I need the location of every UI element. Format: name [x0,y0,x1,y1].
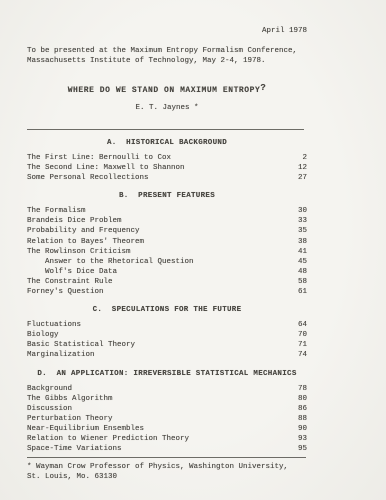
toc-entry: The Gibbs Algorithm80 [27,394,307,404]
toc-entry: The First Line: Bernoulli to Cox2 [27,153,307,163]
toc-entry: Answer to the Rhetorical Question45 [27,257,307,267]
toc-entry-page: 90 [289,424,307,434]
scanned-document-page: April 1978 To be presented at the Maximu… [0,0,386,500]
paper-title: WHERE DO WE STAND ON MAXIMUM ENTROPY? [27,85,307,96]
toc-entry-label: Some Personal Recollections [27,173,149,183]
toc-entry-page: 86 [289,404,307,414]
toc-entry-page: 48 [289,267,307,277]
toc-entry-page: 45 [289,257,307,267]
toc-entry: Background78 [27,384,307,394]
toc-entry-page: 71 [289,340,307,350]
toc-entry: Relation to Wiener Prediction Theory93 [27,434,307,444]
toc-entry: Near-Equilibrium Ensembles90 [27,424,307,434]
toc-entry: Marginalization74 [27,350,307,360]
toc-entry: Wolf's Dice Data48 [27,267,307,277]
footnote: * Wayman Crow Professor of Physics, Wash… [27,462,307,482]
author: E. T. Jaynes * [27,103,307,113]
presentation-note: To be presented at the Maximum Entropy F… [27,46,307,66]
toc-entry-page: 35 [289,226,307,236]
footnote-line-2: St. Louis, Mo. 63130 [27,472,307,482]
toc-entry-page: 80 [289,394,307,404]
toc-entry-label: Biology [27,330,59,340]
toc-entry-label: Perturbation Theory [27,414,113,424]
toc-entry-label: The Gibbs Algorithm [27,394,113,404]
section-heading: D. AN APPLICATION: IRREVERSIBLE STATISTI… [27,369,307,379]
toc-entry: Basic Statistical Theory71 [27,340,307,350]
toc-entry-label: Relation to Wiener Prediction Theory [27,434,189,444]
toc-entry: The Formalism30 [27,206,307,216]
toc-entry: Some Personal Recollections27 [27,173,307,183]
toc-entry: Biology70 [27,330,307,340]
toc-entry-page: 58 [289,277,307,287]
toc-section: A. HISTORICAL BACKGROUNDThe First Line: … [27,138,307,183]
toc-entry-page: 33 [289,216,307,226]
toc-entry-label: Discussion [27,404,72,414]
toc-entry-label: The Second Line: Maxwell to Shannon [27,163,185,173]
toc-entry: Relation to Bayes' Theorem38 [27,237,307,247]
toc-entry-label: The Rowlinson Criticism [27,247,131,257]
presentation-line-2: Massachusetts Institute of Technology, M… [27,56,307,66]
toc-entry-page: 95 [289,444,307,454]
toc-entry-page: 70 [289,330,307,340]
toc-entry: Discussion86 [27,404,307,414]
toc-entry-label: Background [27,384,72,394]
toc-entry-label: Forney's Question [27,287,104,297]
toc-entry-label: Relation to Bayes' Theorem [27,237,144,247]
toc-entry: The Rowlinson Criticism41 [27,247,307,257]
toc-entry-page: 74 [289,350,307,360]
toc-entry: Fluctuations64 [27,320,307,330]
toc-entry-label: The Constraint Rule [27,277,113,287]
toc-entry-label: Fluctuations [27,320,81,330]
footnote-line-1: * Wayman Crow Professor of Physics, Wash… [27,462,307,472]
toc-entry: Perturbation Theory88 [27,414,307,424]
section-heading: C. SPECULATIONS FOR THE FUTURE [27,305,307,315]
toc-entry-page: 12 [289,163,307,173]
toc-entry-label: Marginalization [27,350,95,360]
toc-entry-page: 38 [289,237,307,247]
toc-entry-label: Brandeis Dice Problem [27,216,122,226]
toc-entry-page: 88 [289,414,307,424]
toc-entry-page: 93 [289,434,307,444]
toc-entry-page: 27 [289,173,307,183]
toc-section: B. PRESENT FEATURESThe Formalism30Brande… [27,191,307,297]
section-heading: B. PRESENT FEATURES [27,191,307,201]
toc-section: D. AN APPLICATION: IRREVERSIBLE STATISTI… [27,369,307,455]
toc-entry-label: The First Line: Bernoulli to Cox [27,153,171,163]
toc-entry-page: 41 [289,247,307,257]
toc-entry-label: Near-Equilibrium Ensembles [27,424,144,434]
toc-entry-label: Answer to the Rhetorical Question [27,257,194,267]
toc-entry-label: Probability and Frequency [27,226,140,236]
title-question-mark: ? [260,83,266,93]
toc-entry-page: 2 [289,153,307,163]
toc-entry-page: 61 [289,287,307,297]
toc-entry-label: Wolf's Dice Data [27,267,117,277]
section-heading: A. HISTORICAL BACKGROUND [27,138,307,148]
toc-entry: Forney's Question61 [27,287,307,297]
page-content: April 1978 To be presented at the Maximu… [27,26,307,482]
toc-entry-page: 78 [289,384,307,394]
toc: A. HISTORICAL BACKGROUNDThe First Line: … [27,138,307,454]
toc-entry-page: 64 [289,320,307,330]
date-line: April 1978 [27,26,307,36]
footnote-rule [27,457,306,458]
presentation-line-1: To be presented at the Maximum Entropy F… [27,46,307,56]
toc-entry: Probability and Frequency35 [27,226,307,236]
toc-entry-label: The Formalism [27,206,86,216]
toc-entry: The Constraint Rule58 [27,277,307,287]
toc-entry: The Second Line: Maxwell to Shannon12 [27,163,307,173]
toc-section: C. SPECULATIONS FOR THE FUTUREFluctuatio… [27,305,307,360]
toc-entry: Space-Time Variations95 [27,444,307,454]
divider-rule [27,129,304,130]
paper-title-text: WHERE DO WE STAND ON MAXIMUM ENTROPY [68,86,261,95]
toc-entry: Brandeis Dice Problem33 [27,216,307,226]
toc-entry-label: Basic Statistical Theory [27,340,135,350]
toc-entry-label: Space-Time Variations [27,444,122,454]
toc-entry-page: 30 [289,206,307,216]
